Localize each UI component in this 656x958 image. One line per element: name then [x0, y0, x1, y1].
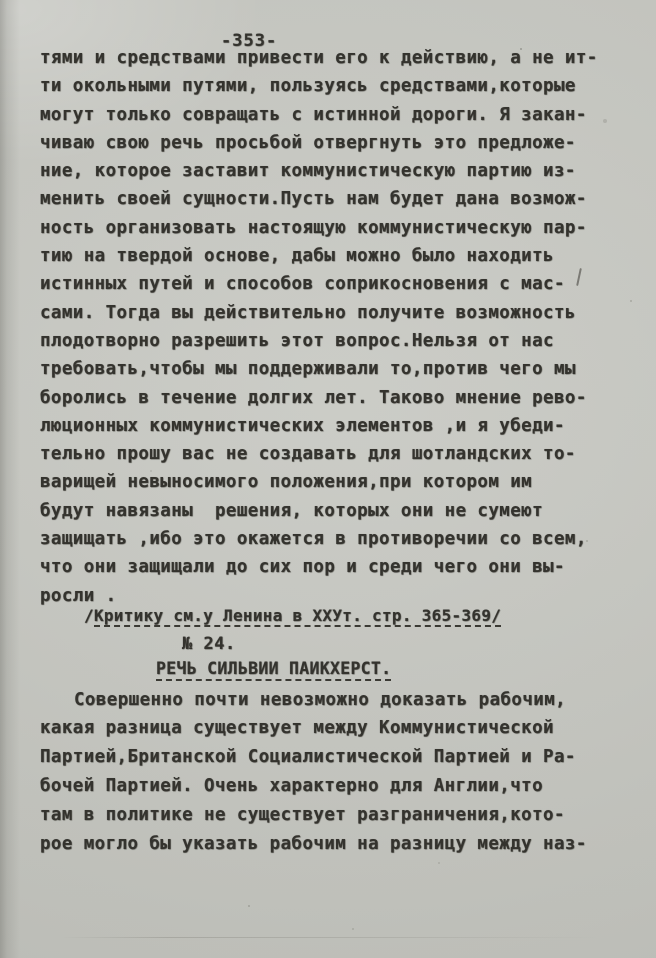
- typed-line: ти окольными путями, пользуясь средствам…: [40, 72, 630, 100]
- typed-line: защищать ,ибо это окажется в противоречи…: [40, 525, 630, 553]
- typed-line: там в политике не существует разграничен…: [40, 801, 630, 830]
- typed-line: варищей невыносимого положения,при котор…: [40, 468, 630, 496]
- typed-line: рое могло бы указать рабочим на разницу …: [40, 830, 630, 859]
- typed-line: Совершенно почти невозможно доказать раб…: [40, 686, 630, 715]
- typed-line: чиваю свою речь просьбой отвергнуть это …: [40, 129, 630, 157]
- speech-heading: РЕЧЬ СИЛЬВИИ ПАИКХЕРСТ.: [40, 655, 630, 685]
- typed-line: ние, которое заставит коммунистическую п…: [40, 157, 630, 185]
- paper-crease-line: [60, 937, 600, 938]
- citation-underlined-text: Критику см.у Ленина в ХХУт. стр. 365-369…: [94, 606, 501, 627]
- scan-edge-shadow: [0, 0, 20, 958]
- typed-line: истинных путей и способов соприкосновени…: [40, 270, 630, 298]
- typed-line: сами. Тогда вы действительно получите во…: [40, 299, 630, 327]
- typed-line: могут только совращать с истинной дороги…: [40, 101, 630, 129]
- typed-line: менить своей сущности.Пусть нам будет да…: [40, 185, 630, 213]
- typed-line: люционных коммунистических элементов ,и …: [40, 412, 630, 440]
- speech-heading-text: РЕЧЬ СИЛЬВИИ ПАИКХЕРСТ.: [156, 659, 391, 681]
- typed-line: требовать,чтобы мы поддерживали то,проти…: [40, 355, 630, 383]
- typed-line: что они защищали до сих пор и среди чего…: [40, 553, 630, 581]
- scanned-document-page: -353- тями и средствами привести его к д…: [0, 0, 656, 958]
- paper-specks: [0, 0, 2, 2]
- typed-line: боролись в течение долгих лет. Таково мн…: [40, 384, 630, 412]
- typed-line: Партией,Британской Социалистической Парт…: [40, 743, 630, 772]
- typed-line: тями и средствами привести его к действи…: [40, 44, 630, 72]
- typed-text-block: тями и средствами привести его к действи…: [40, 44, 630, 858]
- typed-line: тию на твердой основе, дабы можно было н…: [40, 242, 630, 270]
- typed-line: тельно прошу вас не создавать для шотлан…: [40, 440, 630, 468]
- second-paragraph: Совершенно почти невозможно доказать раб…: [40, 686, 630, 859]
- lenin-citation: /Критику см.у Ленина в ХХУт. стр. 365-36…: [40, 602, 630, 630]
- typed-line: бочей Партией. Очень характерно для Англ…: [40, 772, 630, 801]
- typed-line: будут навязаны решения, которых они не с…: [40, 497, 630, 525]
- typed-line: плодотворно разрешить этот вопрос.Нельзя…: [40, 327, 630, 355]
- typed-line: какая разница существует между Коммунист…: [40, 714, 630, 743]
- typed-line: ность организовать настоящую коммунистич…: [40, 214, 630, 242]
- citation-open-slash: /: [84, 606, 94, 625]
